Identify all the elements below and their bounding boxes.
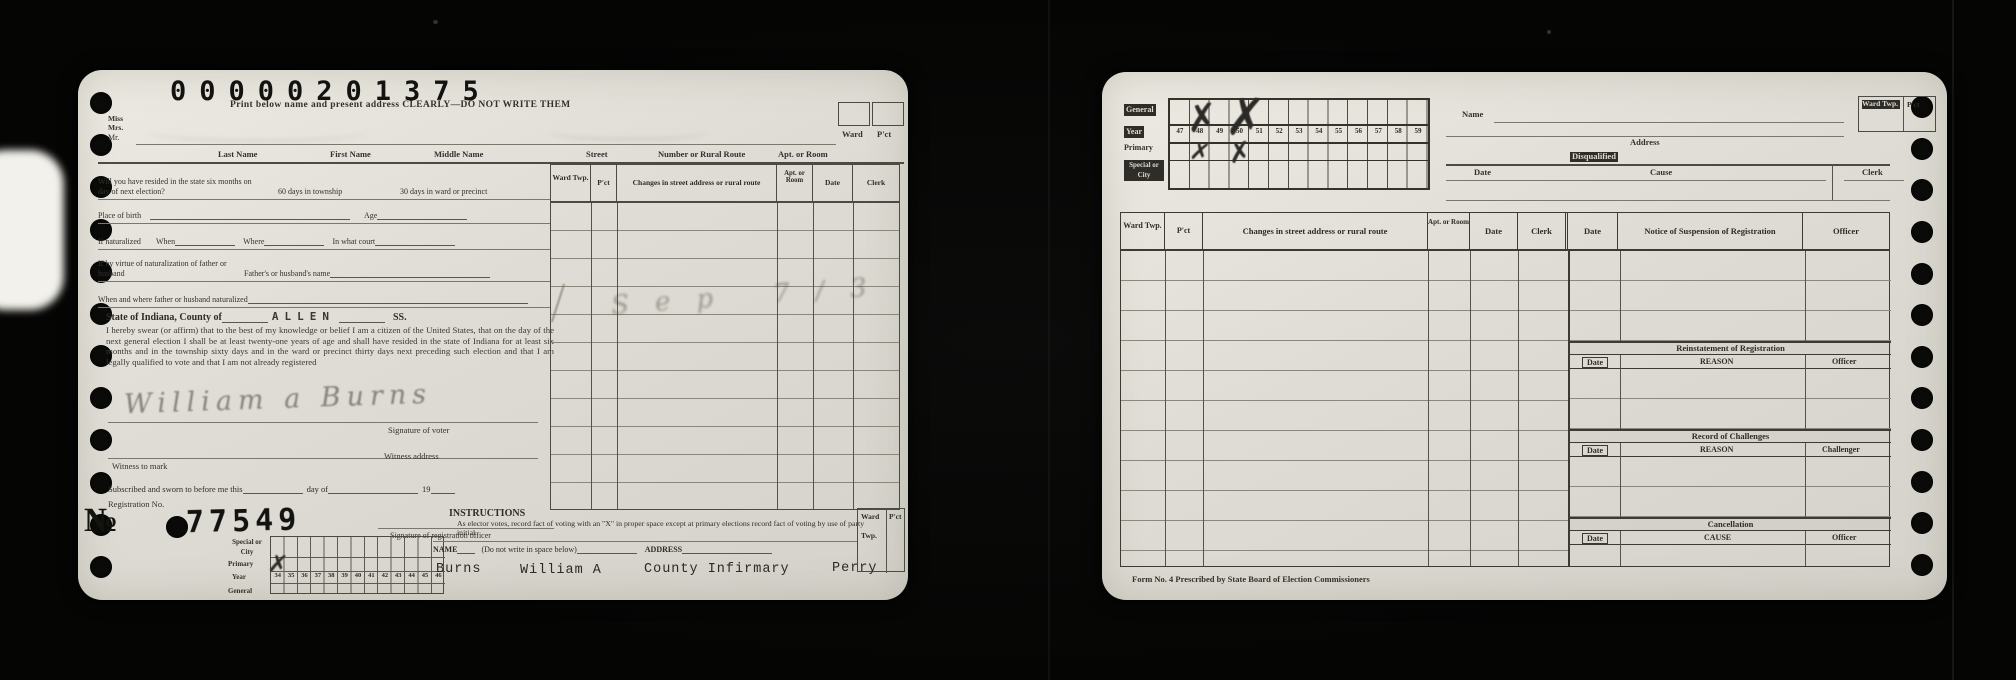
q-when: When — [156, 237, 175, 247]
name-row-label-street: Street — [586, 150, 608, 160]
witness-line — [108, 458, 538, 459]
challenges-title: Record of Challenges — [1570, 429, 1891, 443]
sworn-line: Subscribed and sworn to before me this d… — [108, 484, 538, 494]
prefix-mr: Mr. — [108, 133, 119, 143]
col-divider — [853, 203, 854, 509]
punch-hole — [1911, 471, 1933, 493]
challenges-challenger: Challenger — [1822, 445, 1860, 454]
cancellation-officer: Officer — [1832, 533, 1856, 542]
vote-grid-cells: 34 35 36 37 38 39 40 41 42 43 44 45 46 — [270, 536, 444, 594]
row-label-general: General — [1124, 104, 1156, 116]
col-divider — [1518, 251, 1519, 566]
q-place-of-birth: Place of birth — [98, 211, 150, 221]
year-cell: 59 — [1408, 127, 1428, 140]
no-symbol: № — [84, 502, 118, 540]
col-divider — [1203, 251, 1204, 566]
q-residency-ward: 30 days in ward or precinct — [400, 187, 530, 197]
typed-last-name: Burns — [436, 562, 482, 577]
col-divider — [1428, 251, 1429, 566]
name-row-label-apt: Apt. or Room — [778, 150, 828, 160]
questions-block: Will you have resided in the state six m… — [98, 164, 550, 308]
witness-address-label: Witness address — [384, 452, 439, 462]
col-divider — [777, 203, 778, 509]
col-divider — [1805, 355, 1806, 429]
punch-hole — [1911, 179, 1933, 201]
row-label-special: Special or City — [1124, 160, 1164, 181]
col-divider — [1805, 531, 1806, 566]
mt-apt: Apt. or Room — [1428, 213, 1470, 249]
witness-mark-label: Witness to mark — [112, 462, 167, 472]
disq-divider — [1832, 164, 1833, 200]
left-block-rows — [1121, 251, 1568, 566]
q-residency-township: 60 days in township — [278, 187, 386, 197]
mt-date1: Date — [1470, 213, 1518, 249]
row-label-year: Year — [1124, 126, 1144, 138]
year-cell: 41 — [365, 572, 378, 583]
year-cell: 54 — [1309, 127, 1329, 140]
punch-hole — [90, 429, 112, 451]
instr-pct-label: P'ct — [889, 512, 902, 521]
year-cell: 56 — [1349, 127, 1369, 140]
name-row-label-last: Last Name — [218, 150, 257, 160]
typed-township: Perry — [832, 561, 878, 576]
disq-top-line — [1446, 164, 1890, 166]
cancellation-cause: CAUSE — [1704, 533, 1731, 542]
back-address-label: Address — [1630, 138, 1660, 148]
row-label-primary: Primary — [1124, 143, 1153, 153]
col-divider — [617, 203, 618, 509]
year-cell: 37 — [311, 572, 324, 583]
q-father-name: Father's or husband's name — [244, 269, 330, 279]
name-row-label-pct: P'ct — [877, 130, 891, 140]
col-divider — [1620, 531, 1621, 566]
reinstatement-date: Date — [1582, 357, 1608, 368]
punch-hole — [1911, 221, 1933, 243]
sworn-dayof: day of — [307, 484, 328, 494]
challenges-reason: REASON — [1700, 445, 1733, 454]
stamp-number: 00000201375 — [170, 76, 492, 107]
mt-ward-twp: Ward Twp. — [1121, 213, 1165, 249]
mt-officer: Officer — [1803, 213, 1889, 249]
punch-hole — [90, 387, 112, 409]
disq-bottom-line — [1446, 200, 1890, 201]
registration-card-back: General Year Primary Special or City 47 … — [1102, 72, 1947, 600]
q-if-naturalized: If naturalized — [98, 237, 148, 247]
affidavit-county-stamp: ALLEN — [272, 310, 335, 323]
changes-table: Ward Twp. P'ct Changes in street address… — [550, 164, 900, 510]
back-name-label: Name — [1462, 110, 1483, 120]
dust-speck — [433, 20, 438, 24]
instructions-body: As elector votes, record fact of voting … — [457, 519, 867, 537]
film-scratch — [1952, 0, 1954, 680]
col-divider — [813, 203, 814, 509]
back-cause-label: Cause — [1650, 168, 1672, 178]
punch-hole — [1911, 263, 1933, 285]
punch-hole — [1911, 304, 1933, 326]
punch-hole-extra — [166, 516, 188, 538]
year-cell: 53 — [1289, 127, 1309, 140]
col-divider — [1805, 443, 1806, 517]
year-cell: 45 — [418, 572, 431, 583]
instr-name-label: NAME — [433, 545, 457, 554]
name-row-label-first: First Name — [330, 150, 371, 160]
typed-address: County Infirmary — [644, 562, 790, 577]
vote-record-grid-back: General Year Primary Special or City 47 … — [1122, 96, 1434, 190]
punch-hole — [1911, 387, 1933, 409]
col-divider — [591, 203, 592, 509]
prefix-mrs: Mrs. — [108, 123, 123, 133]
q-when-where-naturalized: When and where father or husband natural… — [98, 295, 248, 305]
punch-hole — [1911, 554, 1933, 576]
ch-date: Date — [813, 165, 853, 201]
punch-hole — [90, 92, 112, 114]
back-ward-twp-label: Ward Twp. — [1862, 100, 1900, 109]
changes-rows — [551, 203, 899, 509]
form-footer: Form No. 4 Prescribed by State Board of … — [1132, 575, 1370, 585]
year-cell: 38 — [325, 572, 338, 583]
cancellation-header: Date CAUSE Officer — [1570, 531, 1891, 545]
instr-twp-label: Twp. — [861, 531, 877, 540]
challenges-header: Date REASON Challenger — [1570, 443, 1891, 457]
ch-clerk: Clerk — [853, 165, 899, 201]
year-numbers: 34 35 36 37 38 39 40 41 42 43 44 45 46 — [271, 572, 445, 583]
signature-label: Signature of voter — [388, 426, 449, 436]
col-divider — [1620, 443, 1621, 517]
signature-line — [108, 422, 538, 423]
typed-first-name: William A — [520, 563, 602, 578]
q-where: Where — [243, 237, 264, 247]
reinstatement-rows — [1570, 369, 1891, 429]
film-light-artifact — [0, 150, 64, 310]
back-clerk-label: Clerk — [1862, 168, 1883, 178]
instructions-title: INSTRUCTIONS — [449, 508, 857, 519]
name-row-label-middle: Middle Name — [434, 150, 483, 160]
punch-hole — [1911, 346, 1933, 368]
faint-handwriting-street — [548, 118, 708, 140]
q-residency: Will you have resided in the state six m… — [98, 177, 258, 196]
ch-ward-twp: Ward Twp. — [551, 165, 591, 201]
row-label-general: General — [228, 587, 252, 597]
pct-box — [872, 102, 904, 126]
instr-no-write: (Do not write in space below) — [481, 545, 576, 554]
q-by-virtue: If by virtue of naturalization of father… — [98, 259, 228, 278]
col-divider — [1620, 355, 1621, 429]
instructions-block: INSTRUCTIONS As elector votes, record fa… — [433, 508, 857, 554]
back-disqualified-label: Disqualified — [1570, 152, 1618, 162]
affidavit-body: I hereby swear (or affirm) that to the b… — [106, 325, 554, 367]
cancellation-title: Cancellation — [1570, 517, 1891, 531]
punch-holes-right — [1911, 96, 1933, 576]
reinstatement-officer: Officer — [1832, 357, 1856, 366]
mt-date2: Date — [1568, 213, 1618, 249]
col-divider — [1620, 251, 1621, 341]
col-divider — [1165, 251, 1166, 566]
registration-number: 77549 — [186, 502, 302, 540]
back-ward-pct-box: Ward Twp. P'ct — [1858, 96, 1936, 132]
q-age: Age — [364, 211, 377, 221]
vote-record-grid: Special or City Primary Year General 34 … — [228, 536, 444, 594]
affidavit-state-line: State of Indiana, County of — [106, 312, 222, 323]
row-label-primary: Primary — [228, 560, 253, 570]
vote-x-50-primary: ✗ — [1226, 135, 1254, 171]
voter-signature: William a Burns — [124, 379, 433, 421]
back-name-line — [1494, 122, 1844, 123]
sworn-year: 19 — [422, 484, 431, 494]
vote-x-48-general: ✗ — [1184, 94, 1220, 141]
col-divider — [1470, 251, 1471, 566]
year-cell: 36 — [298, 572, 311, 583]
challenges-date: Date — [1582, 445, 1608, 456]
cancellation-date: Date — [1582, 533, 1608, 544]
mt-pct: P'ct — [1165, 213, 1203, 249]
primary-vote-x-mark: ✗ — [267, 549, 290, 579]
ward-box — [838, 102, 870, 126]
name-row-label-number: Number or Rural Route — [658, 150, 745, 160]
punch-hole — [90, 556, 112, 578]
reinstatement-reason: REASON — [1700, 357, 1733, 366]
mt-changes: Changes in street address or rural route — [1203, 213, 1428, 249]
name-row-label-ward: Ward — [842, 130, 863, 140]
name-line — [136, 144, 836, 145]
year-cell: 55 — [1329, 127, 1349, 140]
film-scratch — [1048, 0, 1050, 680]
year-cell: 39 — [338, 572, 351, 583]
mt-clerk: Clerk — [1518, 213, 1568, 249]
registration-card-front: Print below name and present address CLE… — [78, 70, 908, 600]
year-cell: 58 — [1388, 127, 1408, 140]
ch-pct: P'ct — [591, 165, 617, 201]
instr-ward-label: Ward — [861, 512, 879, 521]
disq-clerk-line — [1844, 180, 1904, 181]
punch-hole — [1911, 429, 1933, 451]
affidavit: State of Indiana, County of ALLEN SS. I … — [106, 310, 554, 367]
back-pct-label: P'ct — [1907, 100, 1920, 109]
row-label-year: Year — [232, 573, 246, 583]
row-label-special: Special or City — [228, 538, 266, 557]
year-cell: 43 — [392, 572, 405, 583]
reinstatement-header: Date REASON Officer — [1570, 355, 1891, 369]
faint-handwriting-name — [148, 122, 368, 142]
affidavit-ss: SS. — [393, 312, 407, 323]
mt-notice: Notice of Suspension of Registration — [1618, 213, 1803, 249]
ch-changes: Changes in street address or rural route — [617, 165, 777, 201]
col-divider — [1805, 251, 1806, 341]
year-cell: 52 — [1269, 127, 1289, 140]
year-cell: 57 — [1368, 127, 1388, 140]
year-cell: 44 — [405, 572, 418, 583]
back-date-label: Date — [1474, 168, 1491, 178]
microfilm-background: Print below name and present address CLE… — [0, 0, 2016, 680]
punch-hole — [1911, 512, 1933, 534]
suspension-rows — [1570, 251, 1891, 341]
instr-address-label: ADDRESS — [645, 545, 682, 554]
disq-mid-line — [1446, 180, 1826, 181]
sworn-prefix: Subscribed and sworn to before me this — [108, 484, 243, 494]
ch-apt: Apt. or Room — [777, 165, 813, 201]
challenges-rows — [1570, 457, 1891, 517]
year-cell: 42 — [378, 572, 391, 583]
q-court: In what court — [332, 237, 375, 247]
reinstatement-title: Reinstatement of Registration — [1570, 341, 1891, 355]
year-cell: 40 — [351, 572, 364, 583]
suspension-table: Ward Twp. P'ct Changes in street address… — [1120, 212, 1890, 567]
punch-hole — [1911, 138, 1933, 160]
dust-speck — [1547, 30, 1551, 34]
